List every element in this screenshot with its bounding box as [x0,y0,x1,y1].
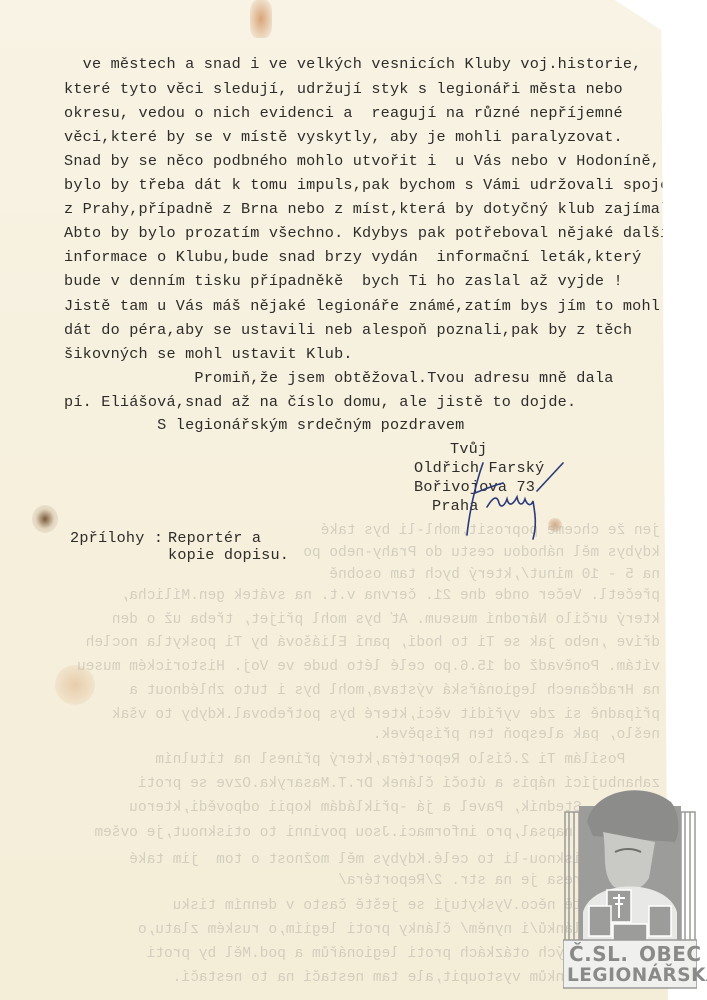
attachment-item: kopie dopisu. [168,546,289,564]
legion-logo: Č.SL. OBEC LEGIONÁŘSKÁ [563,782,697,992]
dirt-stain [32,505,58,533]
body-line: bylo by třeba dát k tomu impuls,pak bych… [64,176,668,194]
bleed-line: na Hradčanech legionářská výstava,mohl b… [129,683,660,699]
logo-text-obec: OBEC [639,942,702,966]
body-line: které tyto věci sledují, udržují styk s … [64,80,623,98]
body-line: věci,které by se v místě vyskytly, aby j… [64,128,623,146]
bleed-line: kdybys měl náhodou cestu do Prahy-nebo p… [303,545,660,561]
bleed-line: vítám. Poněvadž od 15.6.po celé léto bud… [77,659,660,675]
rust-stain [250,0,272,38]
attachments-label: 2přílohy : [70,529,163,547]
bleed-line: případně si zde vyřídit věci,které bys p… [112,707,660,723]
attachment-item: Reportér a [168,529,261,547]
body-line: ve městech a snad i ve velkých vesnicích… [64,55,641,73]
body-line: bude v denním tisku případněkě bych Ti h… [64,272,623,290]
body-line: pí. Eliášová,snad až na číslo domu, ale … [64,393,576,411]
body-line: Promiň,že jsem obtěžoval.Tvou adresu mně… [64,369,614,387]
body-line: Snad by se něco podbného mohlo utvořit i… [64,152,660,170]
bleed-line: Posílám Ti 2.číslo Reportéra,který přine… [155,752,660,768]
body-line: Abto by bylo prozatím všechno. Kdybys pa… [64,224,668,242]
logo-text-legionarska: LEGIONÁŘSKÁ [567,965,707,986]
bleed-line: přečetl. Večer onde dne 21. června v.t. … [121,588,661,604]
bleed-line: na 5 - 10 minut/,který bych tam osobně [329,567,660,583]
body-line: S legionářským srdečným pozdravem [64,416,465,434]
body-line: dát do péra,aby se ustavili neb alespoň … [64,321,632,339]
body-line: z Prahy,případně z Brna nebo z míst,kter… [64,200,668,218]
body-line: informace o Klubu,bude snad brzy vydán i… [64,248,641,266]
handwritten-signature [445,455,565,545]
body-line: okresu, vedou o nich evidenci a reagují … [64,104,623,122]
body-line: šikovných se mohl ustavit Klub. [64,345,353,363]
logo-text-csl: Č.SL. [569,942,629,966]
bleed-line: který určilo Národní museum. Ať bys mohl… [112,612,660,628]
bleed-line: nešlo, pak alespoň ten příspěvek. [373,727,660,743]
body-line: Jistě tam u Vás máš nějaké legionáře zná… [64,297,660,315]
bleed-line: dříve ,nebo jak se Ti to hodí, paní Eliá… [86,635,660,651]
